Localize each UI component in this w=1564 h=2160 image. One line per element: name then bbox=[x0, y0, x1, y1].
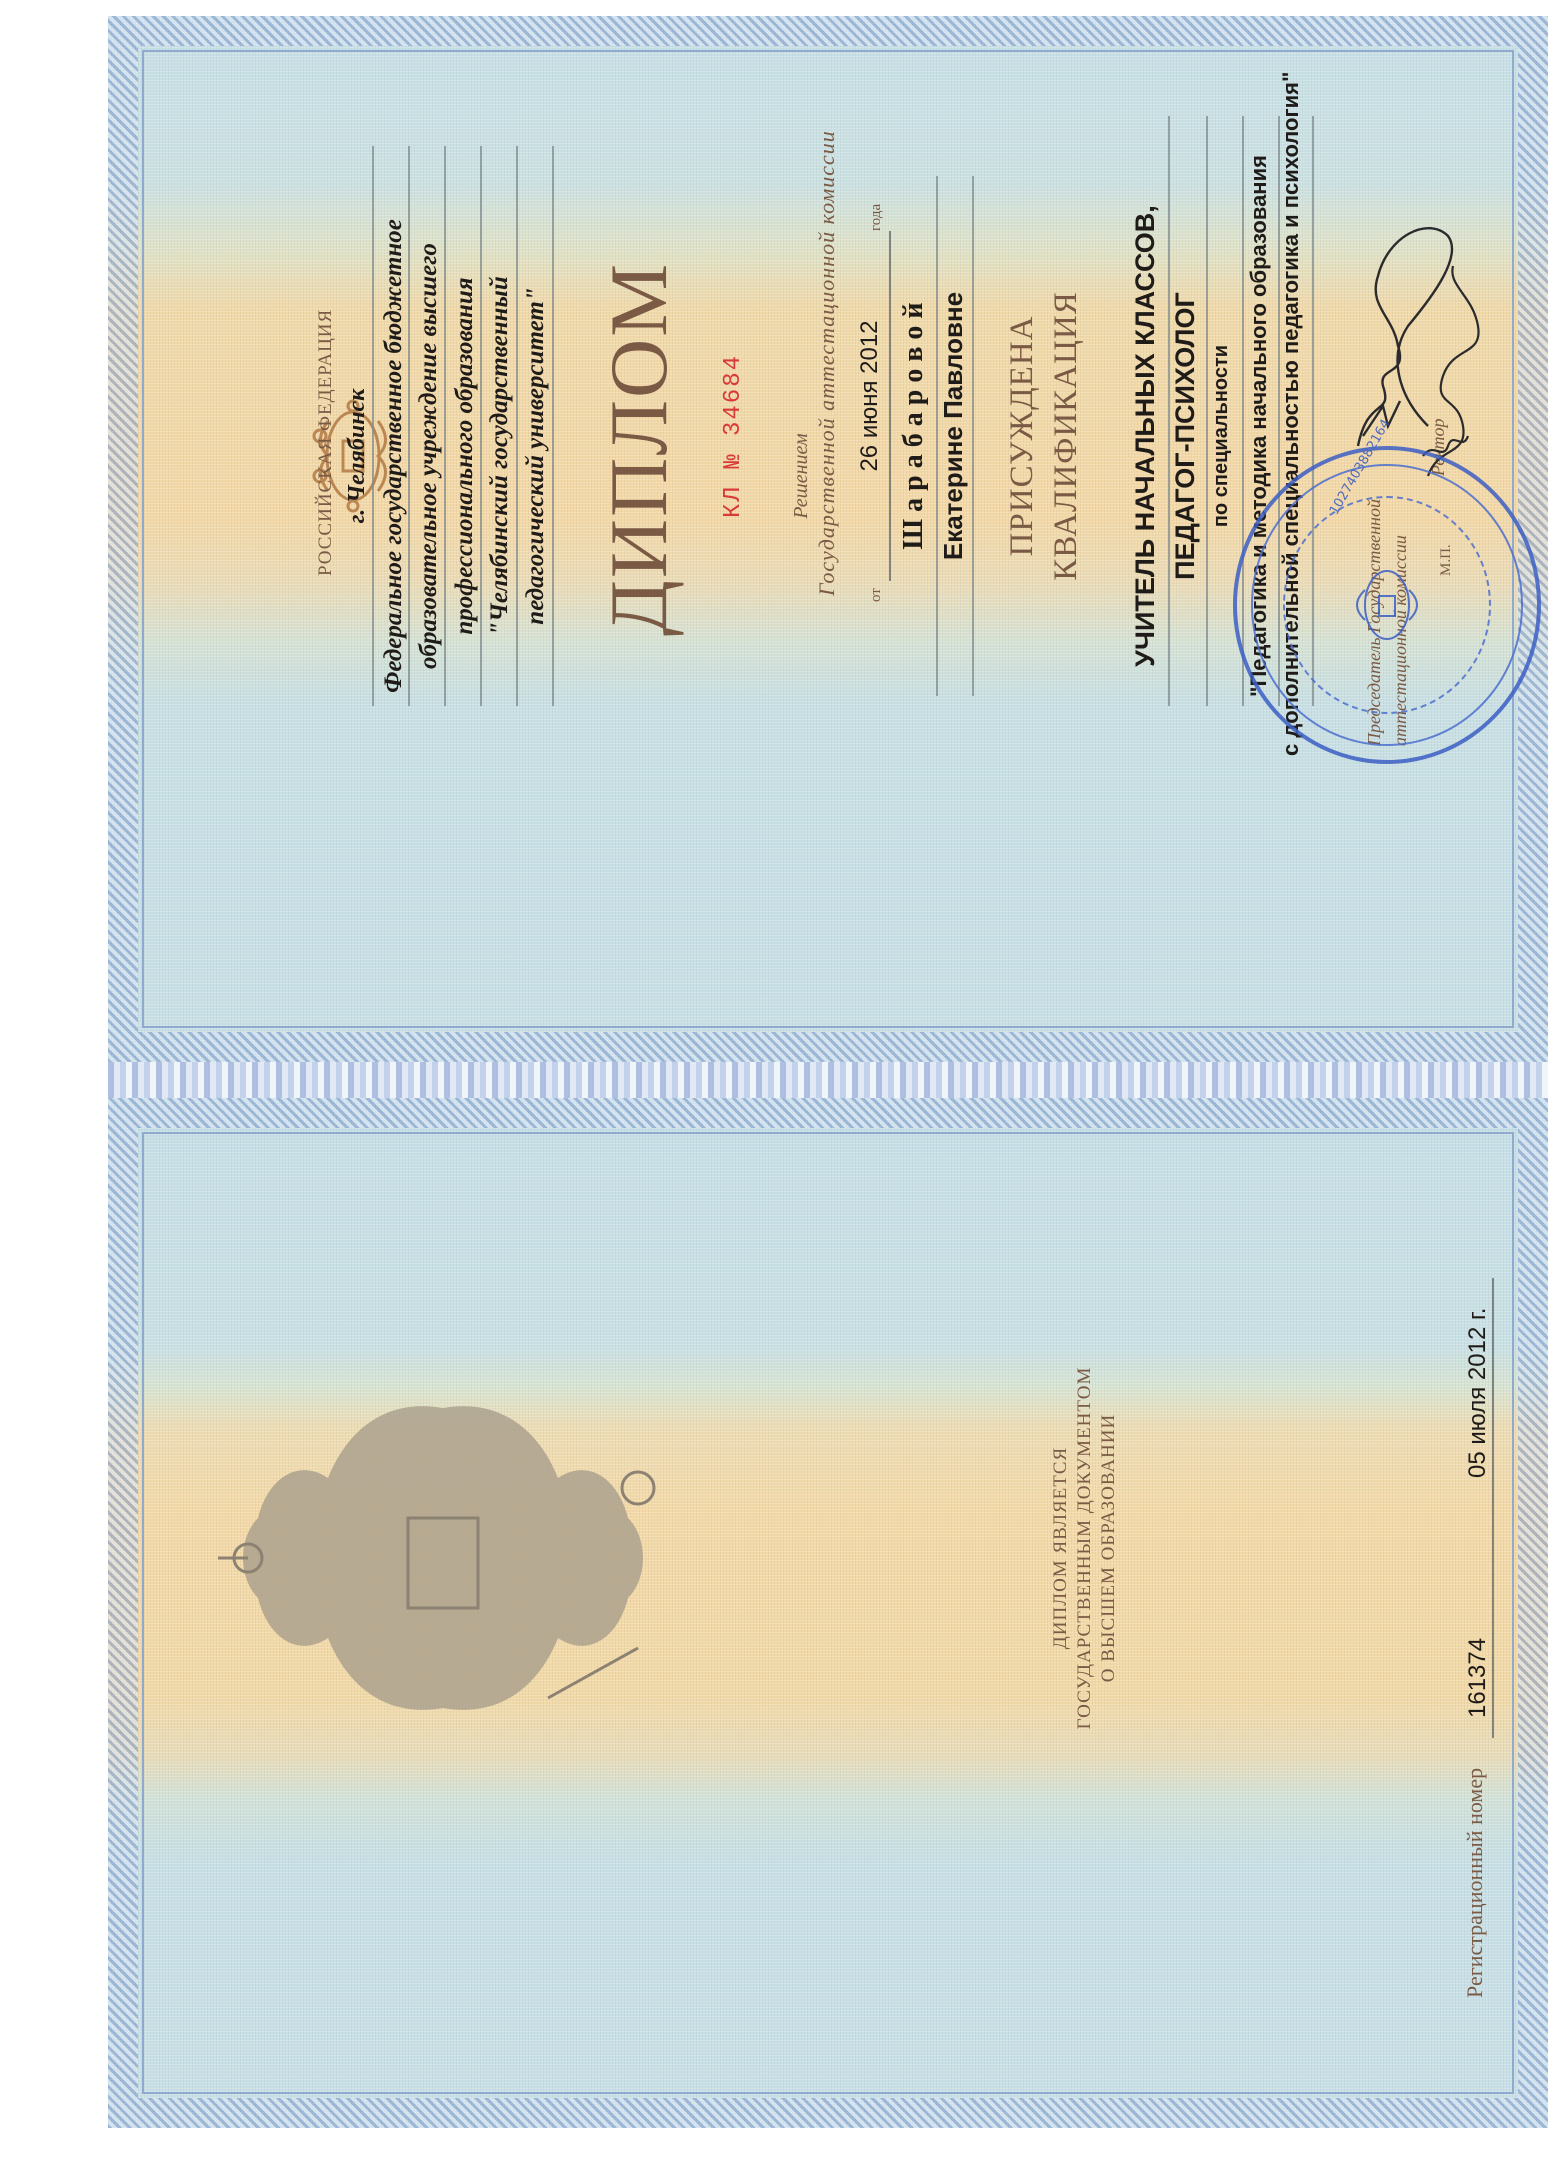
coat-of-arms-large-icon bbox=[218, 1368, 668, 1748]
institution-rule bbox=[372, 146, 374, 706]
issue-date: 05 июля 2012 г. bbox=[1464, 1258, 1492, 1478]
qualification-rule bbox=[1206, 116, 1208, 706]
diploma-sheet: РОССИЙСКАЯ ФЕДЕРАЦИЯ г. Челябинск Федера… bbox=[108, 16, 1548, 2128]
date-suffix: года bbox=[868, 191, 885, 231]
institution-line-5: педагогический университет" bbox=[522, 176, 550, 736]
document-title: ДИПЛОМ bbox=[598, 336, 680, 636]
institution-line-1: Федеральное государственное бюджетное bbox=[380, 176, 408, 736]
name-rule bbox=[972, 176, 974, 696]
commission-label: Государственной аттестационной комиссии bbox=[814, 196, 840, 596]
institution-rule bbox=[552, 146, 554, 706]
awarded-label: ПРИСУЖДЕНА bbox=[1004, 276, 1041, 596]
registration-label: Регистрационный номер bbox=[1462, 1698, 1488, 1998]
official-stamp: 1027403882164 bbox=[1233, 446, 1541, 764]
decision-label: Решением bbox=[790, 396, 813, 556]
registration-number: 161374 bbox=[1464, 1598, 1492, 1718]
serial-number: КЛ № 34684 bbox=[720, 336, 747, 536]
institution-rule bbox=[444, 146, 446, 706]
recipient-name: Екатерине Павловне bbox=[938, 256, 969, 596]
diploma-title-page: РОССИЙСКАЯ ФЕДЕРАЦИЯ г. Челябинск Федера… bbox=[108, 16, 1548, 1062]
qualification-line-1: УЧИТЕЛЬ НАЧАЛЬНЫХ КЛАССОВ, bbox=[1130, 176, 1161, 696]
institution-line-2: образовательное учреждение высшего bbox=[415, 176, 443, 736]
institution-line-4: "Челябинский государственный bbox=[486, 176, 514, 736]
date-prefix: от bbox=[868, 572, 885, 602]
diploma-back-page: ДИПЛОМ ЯВЛЯЕТСЯ ГОСУДАРСТВЕННЫМ ДОКУМЕНТ… bbox=[108, 1098, 1548, 2128]
institution-line-3: профессионального образования bbox=[451, 176, 479, 736]
statement-line-1: ДИПЛОМ ЯВЛЯЕТСЯ bbox=[1050, 1338, 1072, 1758]
specialty-label: по специальности bbox=[1210, 256, 1233, 616]
country-name: РОССИЙСКАЯ ФЕДЕРАЦИЯ bbox=[315, 336, 337, 576]
registration-rule bbox=[1492, 1278, 1494, 1738]
stamp-eagle-icon bbox=[1347, 560, 1427, 650]
city: г. Челябинск bbox=[344, 336, 371, 576]
institution-rule bbox=[408, 146, 410, 706]
page-fold bbox=[108, 1062, 1548, 1098]
decision-date: 26 июня 2012 bbox=[856, 296, 884, 496]
qualification-label: КВАЛИФИКАЦИЯ bbox=[1048, 276, 1085, 596]
institution-rule bbox=[516, 146, 518, 706]
qualification-line-2: ПЕДАГОГ-ПСИХОЛОГ bbox=[1170, 176, 1201, 696]
date-rule bbox=[889, 231, 891, 581]
recipient-surname: Ш а р а б а р о в о й bbox=[898, 256, 930, 596]
institution-rule bbox=[480, 146, 482, 706]
statement-line-2: ГОСУДАРСТВЕННЫМ ДОКУМЕНТОМ bbox=[1074, 1338, 1096, 1758]
statement-line-3: О ВЫСШЕМ ОБРАЗОВАНИИ bbox=[1098, 1338, 1120, 1758]
